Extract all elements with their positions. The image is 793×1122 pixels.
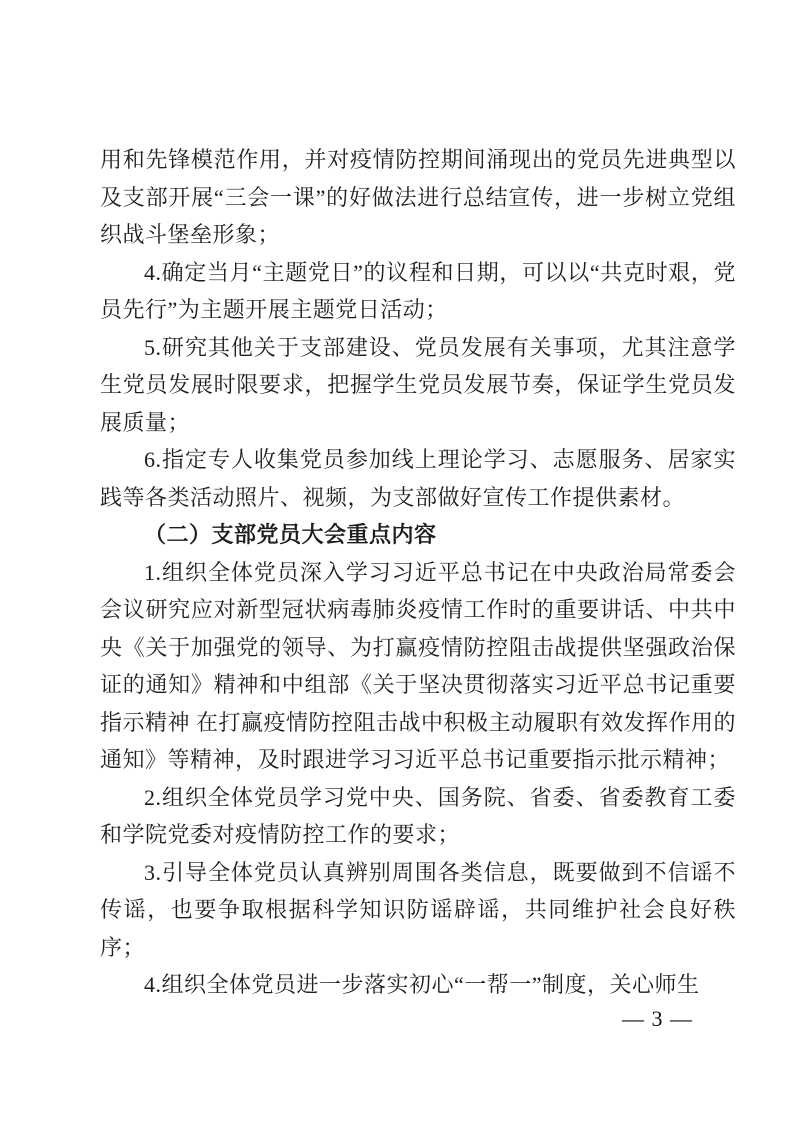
section-heading: （二）支部党员大会重点内容 (100, 516, 736, 554)
paragraph-item-4b: 4.组织全体党员进一步落实初心“一帮一”制度，关心师生 (100, 966, 736, 1004)
paragraph-item-3: 3.引导全体党员认真辨别周围各类信息，既要做到不信谣不传谣，也要争取根据科学知识… (100, 854, 736, 967)
paragraph-item-1: 1.组织全体党员深入学习习近平总书记在中央政治局常委会会议研究应对新型冠状病毒肺… (100, 554, 736, 779)
paragraph-item-6: 6.指定专人收集党员参加线上理论学习、志愿服务、居家实践等各类活动照片、视频，为… (100, 441, 736, 516)
document-page: 用和先锋模范作用，并对疫情防控期间涌现出的党员先进典型以及支部开展“三会一课”的… (0, 0, 793, 1122)
page-number: — 3 — (0, 1004, 693, 1034)
document-body: 用和先锋模范作用，并对疫情防控期间涌现出的党员先进典型以及支部开展“三会一课”的… (100, 141, 736, 1004)
paragraph-item-2: 2.组织全体党员学习党中央、国务院、省委、省委教育工委和学院党委对疫情防控工作的… (100, 779, 736, 854)
paragraph-item-5: 5.研究其他关于支部建设、党员发展有关事项，尤其注意学生党员发展时限要求，把握学… (100, 329, 736, 442)
paragraph-continuation: 用和先锋模范作用，并对疫情防控期间涌现出的党员先进典型以及支部开展“三会一课”的… (100, 141, 736, 254)
paragraph-item-4: 4.确定当月“主题党日”的议程和日期，可以以“共克时艰，党员先行”为主题开展主题… (100, 254, 736, 329)
